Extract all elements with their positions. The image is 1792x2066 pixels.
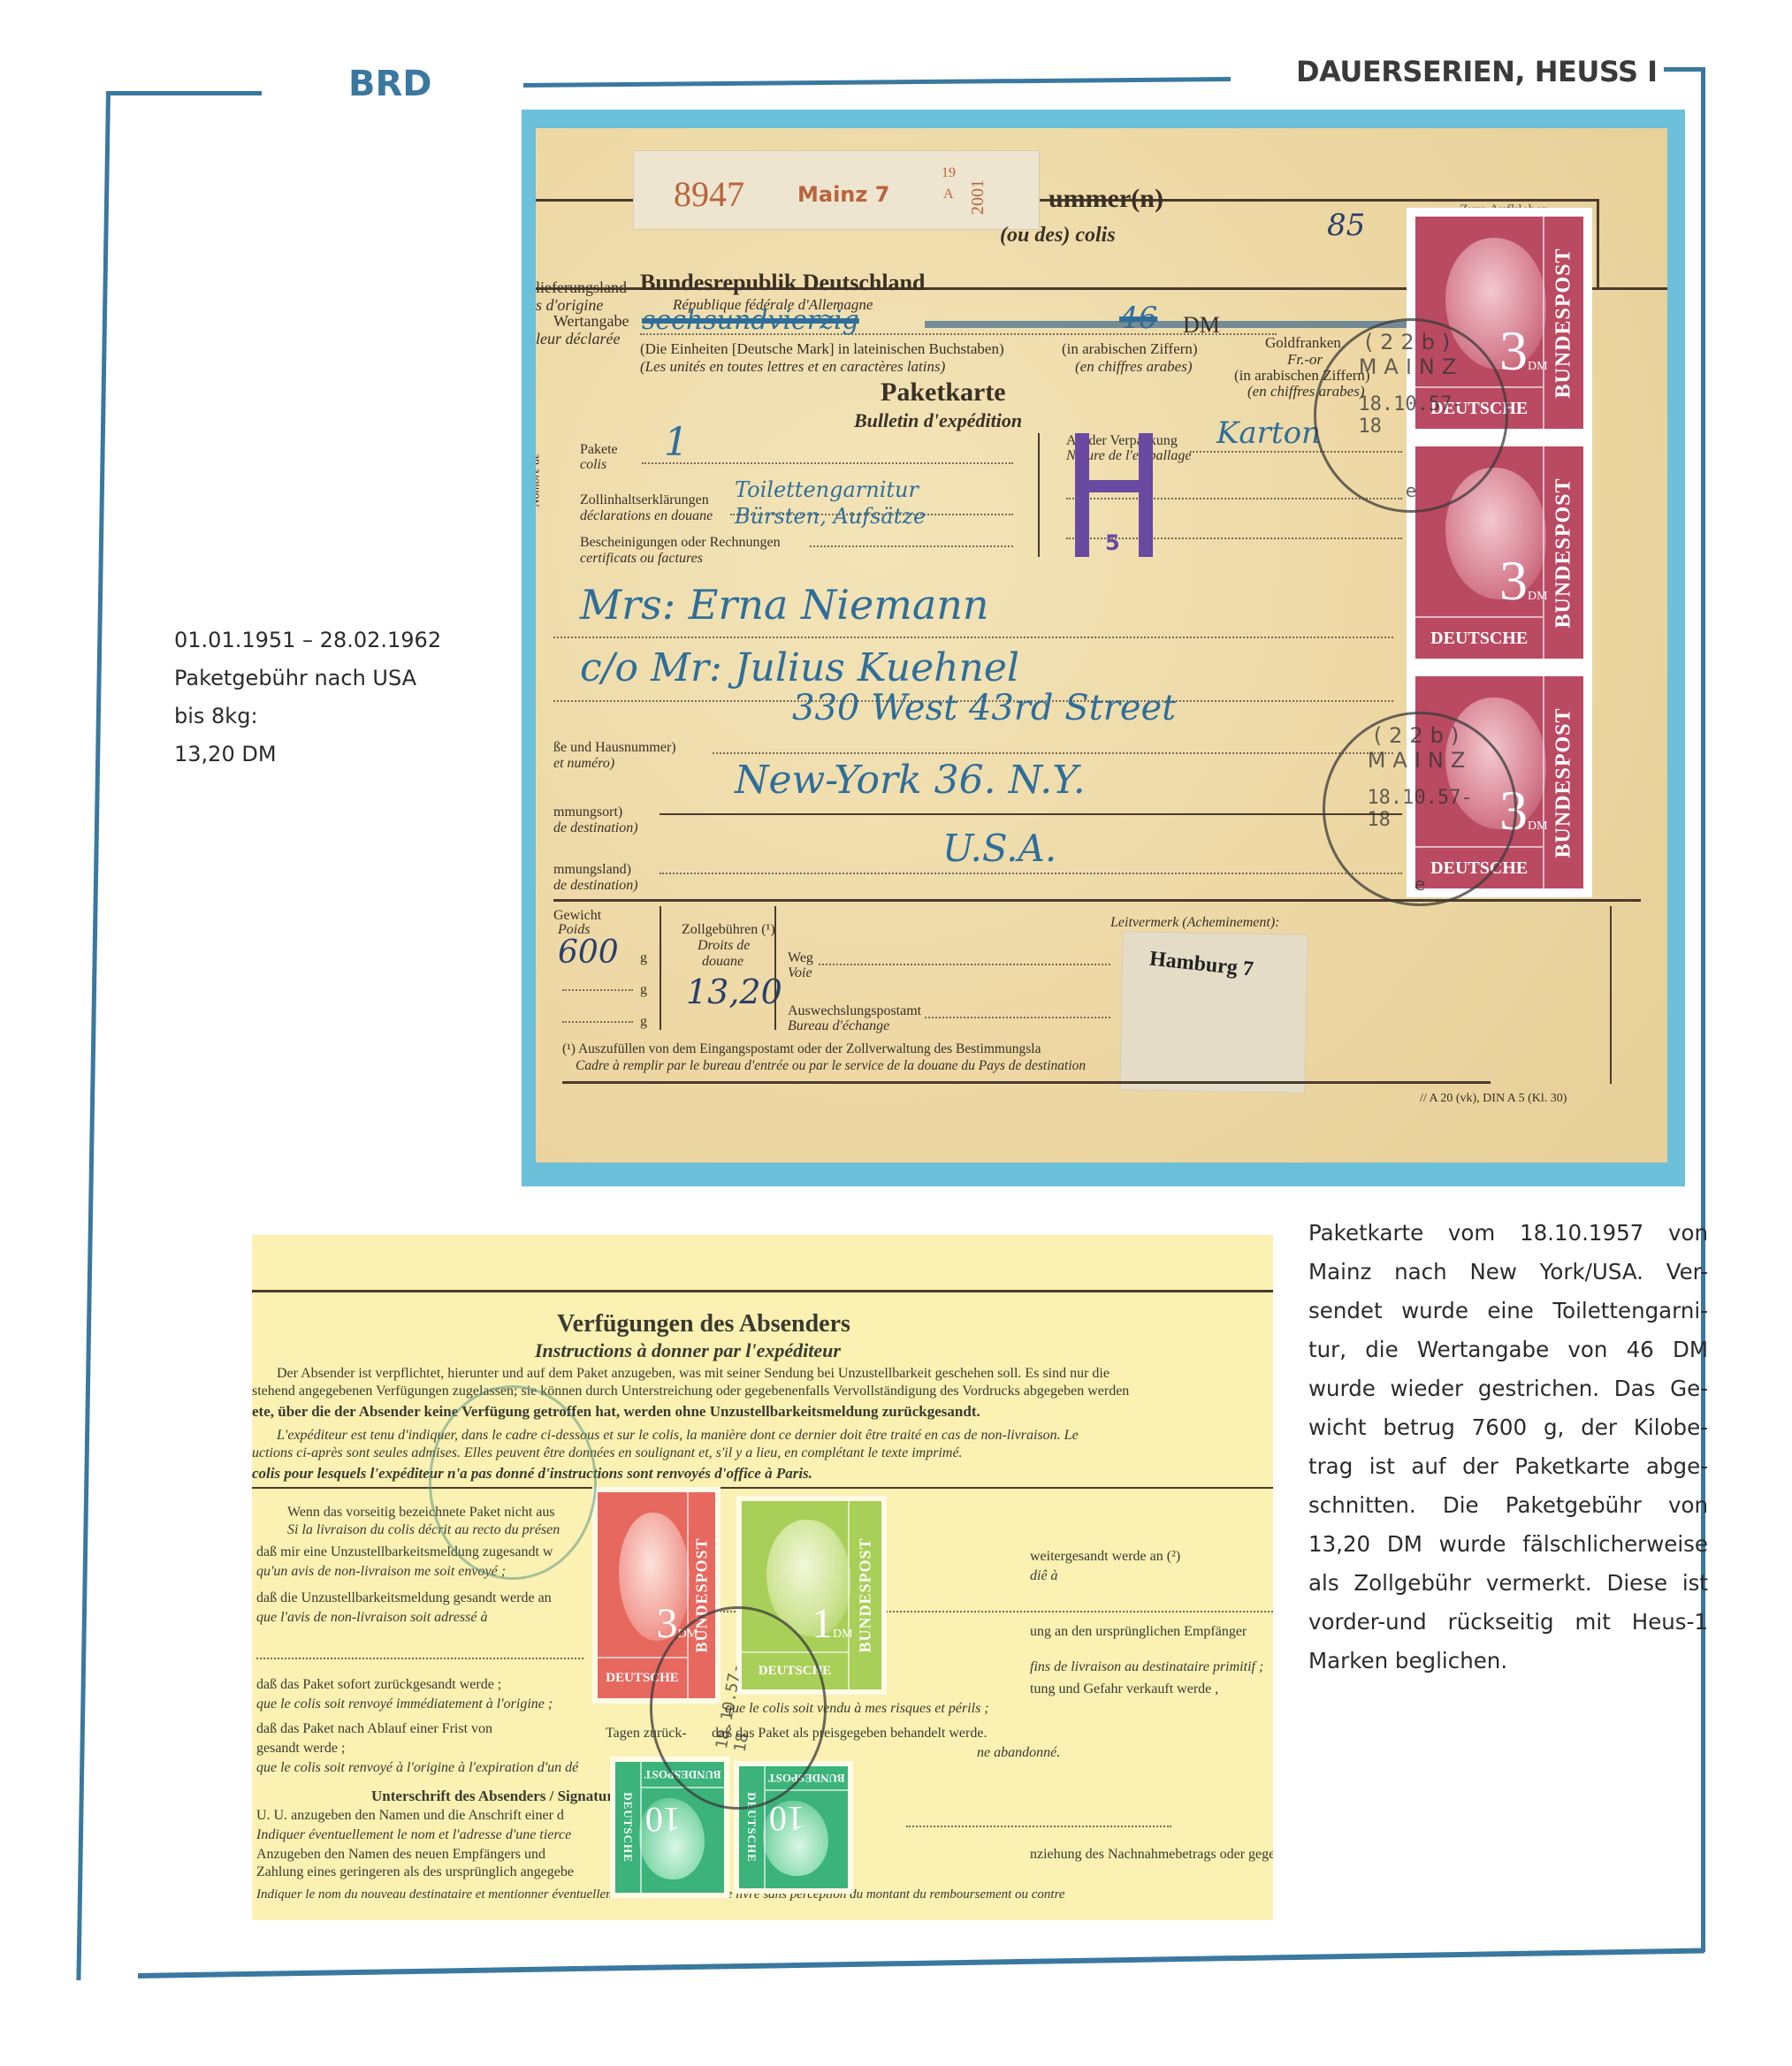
zollgeb-value: 13,20 (686, 972, 782, 1011)
gewicht-value: 600 (558, 934, 619, 971)
description-line: trag ist auf der Paketkarte abge- (1308, 1447, 1708, 1486)
rear-left-9: daß das Paket nach Ablauf einer Frist vo… (256, 1721, 492, 1737)
description-line: als Zollgebühr vermerkt. Diese ist (1308, 1564, 1708, 1603)
address-line-3: 330 West 43rd Street (792, 688, 1176, 728)
h-handstamp-number: 5 (1105, 530, 1120, 555)
description-line: wicht betrug 7600 g, der Kilobe- (1308, 1408, 1708, 1447)
weg-label: Weg (788, 950, 813, 966)
series-title: DAUERSERIEN, HEUSS I (1296, 55, 1658, 88)
rear-signature-label: Unterschrift des Absenders / Signature (371, 1788, 620, 1805)
section-title: BRD (348, 64, 432, 104)
rear-right-8: ne abandonné. (977, 1745, 1060, 1761)
leit-slip-text: Hamburg 7 (1148, 948, 1254, 982)
rear-right-2: diê à (1030, 1568, 1058, 1584)
value-written-struck: sechsundvierzig (642, 305, 859, 336)
description-line: 13,20 DM wurde fälschlicherweise (1308, 1525, 1708, 1564)
country-label-fr: de destination) (553, 878, 638, 894)
nummer-value: 85 (1327, 208, 1365, 243)
frame-top-middle (523, 77, 1231, 88)
leit-label-slip: Hamburg 7 (1119, 931, 1308, 1094)
parcel-number: 8947 (674, 173, 744, 215)
rate-amount: 13,20 DM (174, 736, 441, 774)
rear-para-3: ete, über die der Absender keine Verfügu… (252, 1403, 980, 1421)
zoll-value-1: Toilettengarnitur (735, 477, 919, 502)
rear-bottom-4: Zahlung eines geringeren als des ursprün… (256, 1864, 574, 1880)
parcel-code-top: 19 (942, 165, 956, 181)
g-unit-1: g (640, 950, 647, 966)
voie-label: Voie (788, 965, 812, 981)
description-line: vorder-und rückseitig mit Heus-1 (1308, 1603, 1708, 1642)
description-line: tur, die Wertangabe von 46 DM (1308, 1330, 1708, 1369)
address-line-1: Mrs: Erna Niemann (580, 581, 989, 629)
rear-postmark: 18.10.57-18 (650, 1606, 827, 1810)
rear-bottom-1: U. U. anzugeben den Namen und die Anschr… (256, 1808, 564, 1824)
rate-period: 01.01.1951 – 28.02.1962 (174, 621, 441, 659)
origin-label-de: lieferungsland (536, 278, 627, 297)
value-digits-struck: 46 (1119, 301, 1157, 336)
rate-weight: bis 8kg: (174, 698, 441, 736)
rear-right-1: weitergesandt werde an (²) (1030, 1549, 1180, 1565)
rear-para-5: uctions ci-après sont seules admises. El… (252, 1445, 963, 1461)
description-line: Paketkarte vom 18.10.1957 von (1308, 1214, 1708, 1253)
rear-bottom-3: Anzugeben den Namen des neuen Empfängers… (256, 1847, 545, 1863)
ausw-label-de: Auswechslungspostamt (788, 1003, 921, 1019)
footnote-de: (¹) Auszufüllen von dem Eingangspostamt … (562, 1041, 1041, 1057)
street-label-de: ße und Hausnummer) (553, 740, 676, 756)
rear-subtitle: Instructions à donner par l'expéditeur (535, 1339, 841, 1362)
frame-bottom (138, 1948, 1704, 1978)
value-label-de: Wertangabe (553, 312, 629, 331)
value-label-fr: leur déclarée (536, 330, 620, 348)
colis-label: (ou des) colis (1000, 224, 1116, 248)
description-line: sendet wurde eine Toilettengarni- (1308, 1292, 1708, 1330)
rear-left-7: daß das Paket sofort zurückgesandt werde… (256, 1677, 501, 1693)
zollgeb-label-fr-1: Droits de (698, 938, 750, 954)
form-code: // A 20 (vk), DIN A 5 (Kl. 30) (1420, 1092, 1567, 1106)
parcel-code-side: 2001 (968, 179, 988, 215)
address-line-4: New-York 36. N.Y. (735, 758, 1086, 803)
verpackung-value: Karton (1216, 415, 1321, 451)
rear-left-8: que le colis soit renvoyé immédiatement … (256, 1696, 553, 1712)
frame-top-left (106, 91, 262, 95)
rear-nachnahme: nziehung des Nachnahmebetrags oder gegen (1030, 1847, 1273, 1863)
street-label-fr: et numéro) (553, 756, 614, 772)
description-line: Mainz nach New York/USA. Ver- (1308, 1253, 1708, 1292)
colis-count-label: colis (580, 457, 606, 473)
postmark-mainz-2: (22b) MAINZ 18.10.57-18 e (1323, 712, 1517, 906)
rear-right-5: tung und Gefahr verkauft werde , (1030, 1681, 1218, 1697)
frame-left (76, 91, 111, 1980)
parcel-code-mid: A (943, 187, 954, 202)
paketkarte-front: Zum Aufkleben 8947 Mainz 7 19 A 2001 umm… (536, 128, 1667, 1163)
cover-description: Paketkarte vom 18.10.1957 von Mainz nach… (1308, 1214, 1708, 1681)
footnote-fr: Cadre à remplir par le bureau d'entrée o… (576, 1058, 1086, 1074)
rate-note: 01.01.1951 – 28.02.1962 Paketgebühr nach… (174, 621, 441, 774)
description-line: schnitten. Die Paketgebühr von (1308, 1486, 1708, 1525)
zoll-value-2: Bürsten, Aufsätze (735, 504, 926, 529)
address-line-5: U.S.A. (942, 827, 1056, 870)
rear-left-5: daß die Unzustellbarkeitsmeldung gesandt… (256, 1590, 552, 1606)
rear-right-4: fins de livraison au destinataire primit… (1030, 1659, 1263, 1675)
zoll-label-fr: déclarations en douane (580, 508, 713, 524)
description-line: Marken beglichen. (1308, 1642, 1708, 1681)
rear-right-3: ung an den ursprünglichen Empfänger (1030, 1624, 1247, 1640)
digits-note-fr: (en chiffres arabes) (1075, 358, 1193, 376)
rear-postmark-faint (429, 1385, 597, 1580)
frame-top-right (1664, 67, 1704, 72)
card-subtitle: Bulletin d'expédition (854, 409, 1022, 432)
origin-value: Bundesrepublik Deutschland (640, 270, 925, 296)
address-line-2: c/o Mr: Julius Kuehnel (580, 645, 1019, 690)
rear-left-11: que le colis soit renvoyé à l'origine à … (256, 1760, 578, 1776)
parcel-label-slip: 8947 Mainz 7 19 A 2001 (633, 150, 1040, 230)
rear-left-10: gesandt werde ; (256, 1741, 345, 1757)
rear-left-4: qu'un avis de non-livraison me soit envo… (256, 1564, 506, 1580)
digits-note-de: (in arabischen Ziffern) (1062, 340, 1198, 358)
units-note-fr: (Les unités en toutes lettres et en cara… (640, 358, 945, 376)
rear-left-6: que l'avis de non-livraison soit adressé… (256, 1610, 487, 1626)
rear-title: Verfügungen des Absenders (557, 1310, 850, 1338)
city-label-fr: de destination) (553, 820, 638, 836)
postmark-mainz-1: (22b) MAINZ 18.10.57-18 e (1314, 318, 1508, 513)
besch-label-de: Bescheinigungen oder Rechnungen (580, 535, 781, 551)
rate-label: Paketgebühr nach USA (174, 659, 441, 698)
pakete-label: Pakete (580, 442, 618, 458)
rear-bottom-2: Indiquer éventuellement le nom et l'adre… (256, 1827, 571, 1843)
dm-label: DM (1183, 312, 1220, 339)
units-note-de: (Die Einheiten [Deutsche Mark] in latein… (640, 340, 1004, 358)
rear-para-1: Der Absender ist verpflichtet, hierunter… (277, 1366, 1110, 1382)
pakete-value: 1 (664, 420, 689, 465)
card-title: Paketkarte (881, 377, 1006, 408)
description-line: wurde wieder gestrichen. Das Ge- (1308, 1369, 1708, 1408)
nummer-label: ummer(n) (1049, 184, 1163, 214)
rear-para-2: stehend angegebenen Verfügungen zugelass… (252, 1384, 1129, 1399)
rear-para-4: L'expéditeur est tenu d'indiquer, dans l… (277, 1428, 1079, 1444)
zollgeb-label-de: Zollgebühren (¹) (682, 922, 775, 938)
g-unit-3: g (640, 1014, 647, 1030)
ausw-label-fr: Bureau d'échange (788, 1018, 889, 1034)
nombre-label: Nombre de (536, 453, 544, 507)
besch-label-fr: certificats ou factures (580, 551, 703, 567)
zoll-label-de: Zollinhaltserklärungen (580, 492, 709, 508)
g-unit-2: g (640, 982, 647, 998)
paketkarte-rear: Verfügungen des Absenders Instructions à… (252, 1235, 1273, 1920)
country-label-de: mmungsland) (553, 862, 631, 878)
leitvermerk-label: Leitvermerk (Acheminement): (1110, 915, 1279, 931)
city-label-de: mmungsort) (553, 804, 622, 820)
parcel-office: Mainz 7 (797, 182, 889, 207)
zollgeb-label-fr-2: douane (702, 954, 743, 970)
